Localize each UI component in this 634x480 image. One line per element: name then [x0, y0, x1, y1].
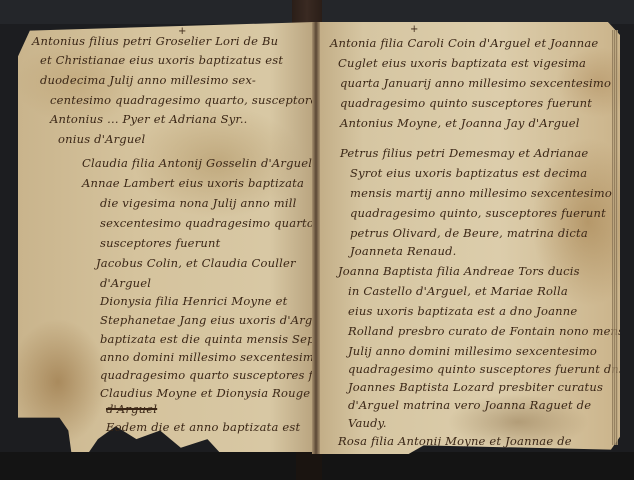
manuscript-line: sexcentesimo quadragesimo quarto.	[100, 216, 314, 230]
manuscript-line: quadragesimo quinto susceptores fuerunt …	[348, 362, 620, 376]
manuscript-line: Jacobus Colin, et Claudia Couller	[96, 256, 296, 270]
manuscript-line: quadragesimo quinto susceptores fuerunt	[340, 96, 592, 110]
manuscript-line: d'Arguel matrina vero Joanna Raguet de	[348, 398, 591, 412]
left-page: + Antonius filius petri Groselier Lori d…	[18, 22, 314, 452]
manuscript-line: mensis martij anno millesimo sexcentesim…	[350, 186, 612, 200]
manuscript-line: d'Arguel	[100, 276, 151, 290]
manuscript-line: Julij anno domini millesimo sexcentesimo	[348, 344, 597, 358]
book-gutter	[312, 22, 320, 454]
manuscript-line: Syrot eius uxoris baptizatus est decima	[350, 166, 587, 180]
manuscript-line: eius uxoris baptizata est a dno Joanne	[348, 304, 577, 318]
manuscript-line: Joanna Baptista filia Andreae Tors ducis	[338, 264, 580, 278]
manuscript-line: quadragesimo quarto susceptores fueru	[100, 368, 314, 382]
left-page-text: Antonius filius petri Groselier Lori de …	[18, 22, 314, 452]
manuscript-line: Antonius ... Pyer et Adriana Syr..	[50, 112, 248, 126]
manuscript-line: quarta Januarij anno millesimo sexcentes…	[340, 76, 611, 90]
manuscript-line-struck: d'Arguel	[106, 402, 157, 416]
manuscript-line: et Christianae eius uxoris baptizatus es…	[40, 53, 283, 67]
manuscript-line: Stephanetae Jang eius uxoris d'Arguel	[100, 313, 314, 327]
manuscript-line: Rosa filia Antonij Moyne et Joannae de	[338, 434, 572, 448]
manuscript-line: quadragesimo quinto, susceptores fuerunt	[350, 206, 606, 220]
manuscript-line: duodecima Julij anno millesimo sex-	[40, 73, 256, 87]
manuscript-line: baptizata est die quinta mensis Septe	[100, 332, 314, 346]
manuscript-line: onius d'Arguel	[58, 132, 145, 146]
manuscript-line: Claudius Moyne et Dionysia Rouge	[100, 386, 310, 400]
manuscript-line: anno domini millesimo sexcentesimo	[100, 350, 314, 364]
book-spine-top	[292, 0, 322, 24]
manuscript-line: Annae Lambert eius uxoris baptizata	[82, 176, 304, 190]
manuscript-line: Joannes Baptista Lozard presbiter curatu…	[348, 380, 603, 394]
manuscript-line: Petrus filius petri Demesmay et Adrianae	[340, 146, 588, 160]
manuscript-line: Antonius Moyne, et Joanna Jay d'Arguel	[340, 116, 580, 130]
book-spine-bottom	[296, 452, 322, 480]
right-page-text: Antonia filia Caroli Coin d'Arguel et Jo…	[318, 22, 620, 454]
manuscript-line: Cuglet eius uxoris baptizata est vigesim…	[338, 56, 586, 70]
manuscript-line: Antonius filius petri Groselier Lori de …	[32, 34, 278, 48]
manuscript-line: Dionysia filia Henrici Moyne et	[100, 294, 288, 308]
manuscript-line: die vigesima nona Julij anno mill	[100, 196, 296, 210]
manuscript-line: centesimo quadragesimo quarto, susceptor…	[50, 93, 314, 107]
manuscript-line: susceptores fuerunt	[100, 236, 220, 250]
manuscript-line: petrus Olivard, de Beure, matrina dicta	[350, 226, 588, 240]
manuscript-line: Antonia filia Caroli Coin d'Arguel et Jo…	[330, 36, 598, 50]
manuscript-line: in Castello d'Arguel, et Mariae Rolla	[348, 284, 568, 298]
manuscript-line: Rolland presbro curato de Fontain nono m…	[348, 324, 620, 338]
right-page: + Antonia filia Caroli Coin d'Arguel et …	[318, 22, 620, 454]
manuscript-line: Vaudy.	[348, 416, 387, 430]
manuscript-line: Claudia filia Antonij Gosselin d'Arguel	[82, 156, 312, 170]
manuscript-line: Joanneta Renaud.	[350, 244, 457, 258]
page-stack-edge	[612, 30, 618, 445]
